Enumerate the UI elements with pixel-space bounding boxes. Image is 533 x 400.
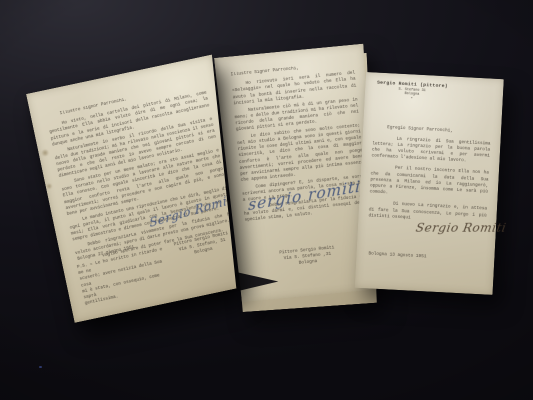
photo-of-three-letters: Illustre Signor Parronchi, Ho ricevuto i… (0, 0, 533, 400)
letter3-paper: Sergio Romiti (pittore) S. Stefano 31 Bo… (355, 72, 504, 295)
letter3-paragraph: Per il nostro incontro Ella non ha che d… (370, 165, 489, 202)
letter3-group: Sergio Romiti (pittore) S. Stefano 31 Bo… (0, 0, 533, 400)
letter3-salutation: Egregio Signor Parronchi, (387, 125, 491, 137)
letter3-signature-sergio-romiti: Sergio Romiti (415, 225, 506, 231)
dust-speck (39, 366, 42, 368)
letter3-text: Sergio Romiti (pittore) S. Stefano 31 Bo… (355, 72, 504, 295)
letter3-letterhead: Sergio Romiti (pittore) S. Stefano 31 Bo… (375, 81, 450, 104)
letter3-body: La ringrazio di Sua gentilissima lettera… (368, 135, 490, 225)
letter3-date: Bologna 13 agosto 1951 (368, 251, 426, 260)
letter3-paragraph: La ringrazio di Sua gentilissima lettera… (371, 135, 490, 166)
